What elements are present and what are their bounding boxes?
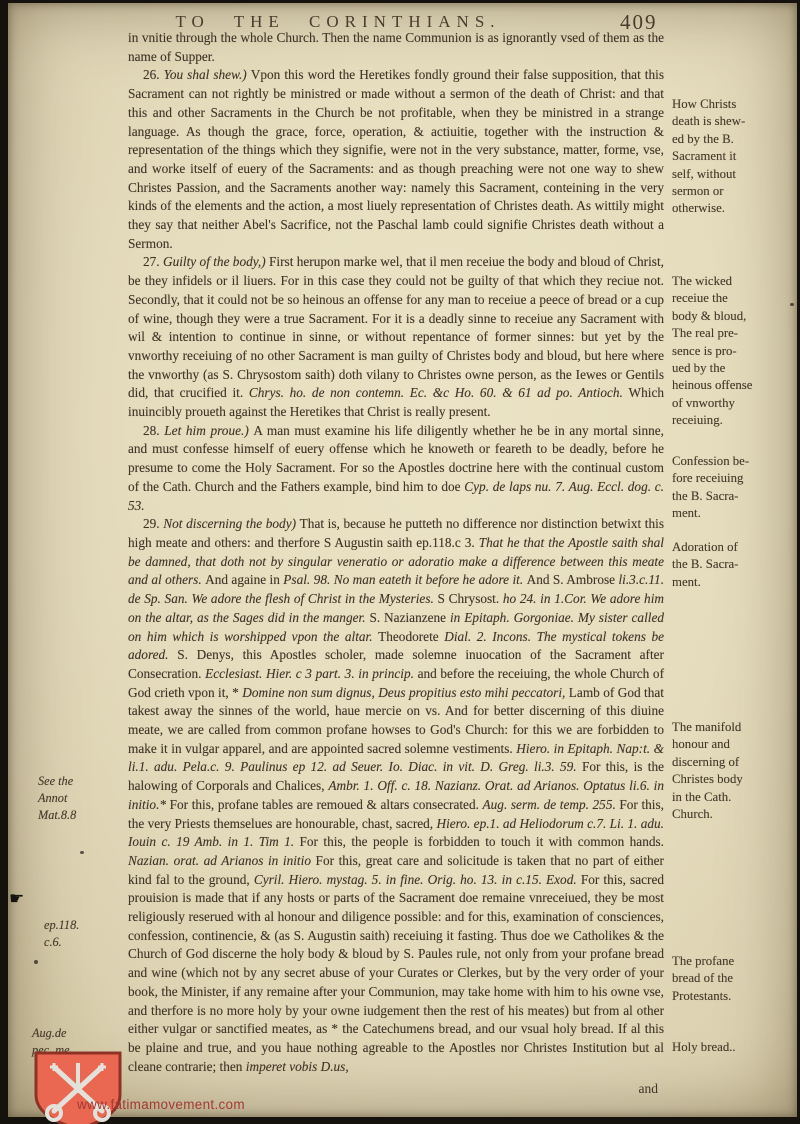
paragraph: 27. Guilty of the body,) First herupon m… xyxy=(128,253,664,421)
fatima-shield-icon xyxy=(28,1049,128,1124)
pointing-hand-icon: ☛ xyxy=(9,889,24,909)
scan-speckle xyxy=(34,960,38,964)
margin-note-right: Adoration ofthe B. Sacra-ment. xyxy=(672,539,800,591)
scan-speckle xyxy=(80,851,84,854)
margin-note-left: See theAnnotMat.8.8 xyxy=(38,773,148,824)
paper-page: TO THE CORINTHIANS. 409 in vnitie throug… xyxy=(8,3,797,1117)
margin-note-right: Confession be-fore receiuingthe B. Sacra… xyxy=(672,453,800,523)
paragraph: 26. You shal shew.) Vpon this word the H… xyxy=(128,66,664,253)
margin-note-right: The profanebread of theProtestants. xyxy=(672,953,800,1005)
paragraph: 28. Let him proue.) A man must examine h… xyxy=(128,422,664,516)
paragraph: 29. Not discerning the body) That is, be… xyxy=(128,515,664,1076)
scan-speckle xyxy=(790,303,794,306)
paragraph: in vnitie through the whole Church. Then… xyxy=(128,29,664,66)
catchword: and xyxy=(128,1081,658,1097)
book-page-scan: TO THE CORINTHIANS. 409 in vnitie throug… xyxy=(0,0,800,1124)
margin-note-right: How Christsdeath is shew-ed by the B.Sac… xyxy=(672,96,800,218)
watermark-url: www.fatimamovement.com xyxy=(77,1097,245,1112)
margin-note-right: The wickedreceiue thebody & bloud,The re… xyxy=(672,273,800,430)
margin-note-right: Holy bread.. xyxy=(672,1039,800,1056)
margin-note-right: The manifoldhonour anddiscerning ofChris… xyxy=(672,719,800,823)
body-text: in vnitie through the whole Church. Then… xyxy=(128,29,664,1076)
margin-note-left: ep.118.c.6. xyxy=(44,917,154,951)
